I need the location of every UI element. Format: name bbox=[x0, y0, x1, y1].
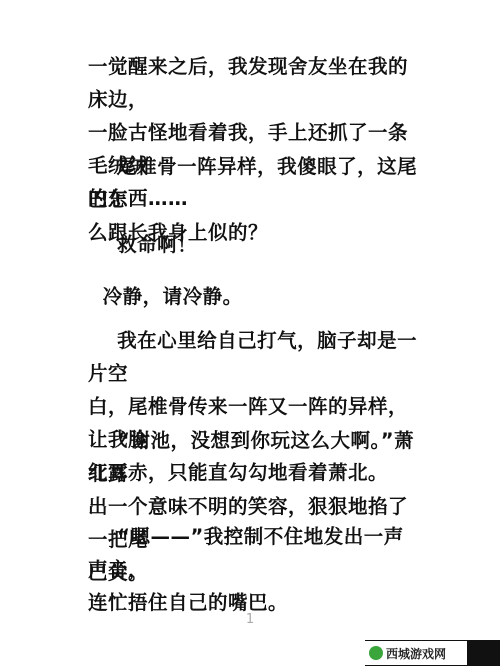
watermark-text: 西城游戏网 bbox=[386, 645, 446, 662]
site-logo-icon bbox=[369, 646, 383, 660]
paragraph-3: 救命啊！ bbox=[88, 228, 418, 261]
site-watermark: 西城游戏网 bbox=[365, 640, 500, 666]
watermark-badge: 西城游戏网 bbox=[365, 641, 467, 665]
page-number: 1 bbox=[0, 612, 500, 627]
paragraph-7: “嗯——”我控制不住地发出一声声音， 连忙捂住自己的嘴巴。 bbox=[88, 520, 418, 619]
document-page: 一觉醒来之后，我发现舍友坐在我的床边， 一脸古怪地看着我，手上还抓了一条毛绒绒 … bbox=[0, 0, 500, 666]
paragraph-4: 冷静，请冷静。 bbox=[88, 280, 418, 313]
